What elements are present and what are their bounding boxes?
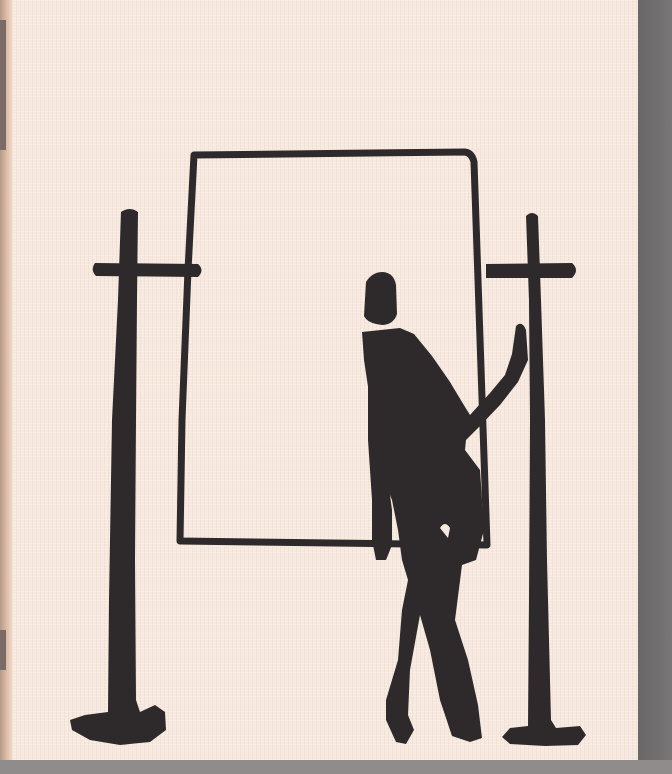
scan-background-right <box>638 0 672 760</box>
figure-head <box>364 272 397 325</box>
right-crossbar <box>486 263 576 278</box>
book-cover <box>0 0 638 760</box>
cover-illustration <box>0 0 638 760</box>
left-post <box>70 209 166 745</box>
scan-background-bottom <box>0 760 672 774</box>
right-post <box>502 213 586 746</box>
